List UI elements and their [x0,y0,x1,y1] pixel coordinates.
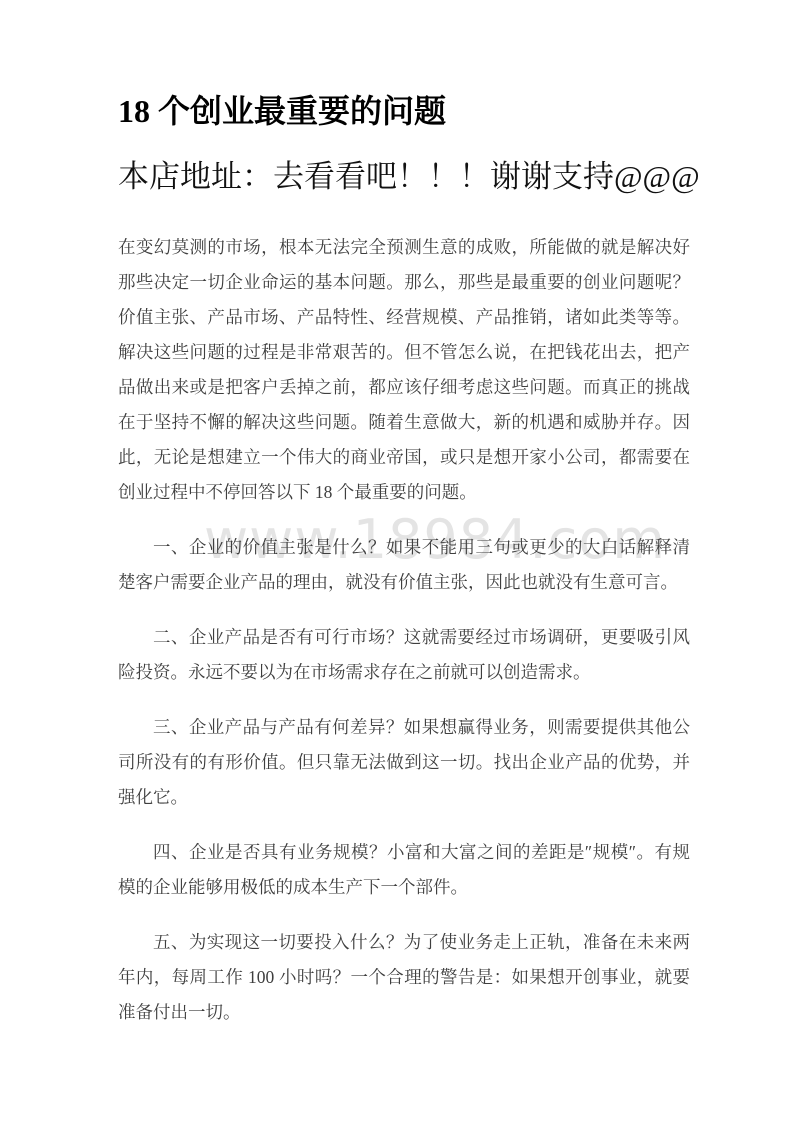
document-title: 18 个创业最重要的问题 [118,92,690,130]
paragraph-1: 在变幻莫测的市场，根本无法完全预测生意的成败，所能做的就是解决好那些决定一切企业… [118,230,690,510]
paragraph-3: 二、企业产品是否有可行市场？这就需要经过市场调研，更要吸引风险投资。永远不要以为… [118,620,690,690]
paragraph-6: 五、为实现这一切要投入什么？为了使业务走上正轨，准备在未来两年内，每周工作 10… [118,925,690,1030]
document-content: 18 个创业最重要的问题 本店地址：去看看吧！！！谢谢支持@@@ 在变幻莫测的市… [118,92,690,1050]
paragraphs: 在变幻莫测的市场，根本无法完全预测生意的成败，所能做的就是解决好那些决定一切企业… [118,230,690,1030]
document-subtitle: 本店地址：去看看吧！！！谢谢支持@@@ [118,158,690,195]
paragraph-4: 三、企业产品与产品有何差异？如果想赢得业务，则需要提供其他公司所没有的有形价值。… [118,710,690,815]
paragraph-2: 一、企业的价值主张是什么？如果不能用三句或更少的大白话解释清楚客户需要企业产品的… [118,530,690,600]
document-page: www.18984.com 18 个创业最重要的问题 本店地址：去看看吧！！！谢… [0,0,800,1132]
paragraph-5: 四、企业是否具有业务规模？小富和大富之间的差距是″规模″。有规模的企业能够用极低… [118,835,690,905]
